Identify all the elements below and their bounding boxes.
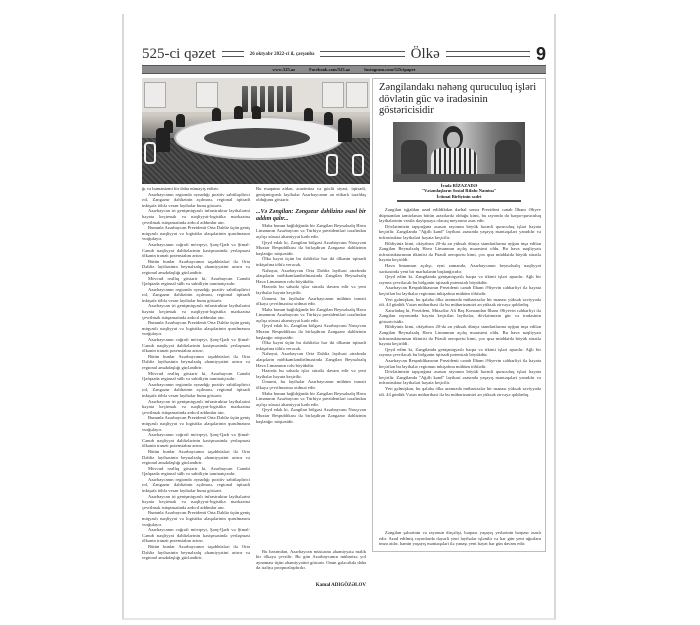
- paragraph: Ümumi, bu layihələr Azərbaycanın mühüm t…: [256, 296, 366, 307]
- contact-band: www.525.az Facebook.com/525.az Instagram…: [142, 65, 546, 74]
- paragraph: Azərbaycanın coğrafi mövqeyi, Şərq-Qərb …: [142, 527, 250, 544]
- paragraph: Azərbaycanın regionda oynadığı pozitiv s…: [142, 382, 250, 399]
- chair-icon: [326, 154, 338, 176]
- paragraph: Dövlətimizin tapşırığına əsasən rayonun …: [379, 369, 541, 386]
- caption-divider: [397, 200, 521, 202]
- paragraph: Nəhayət, Azərbaycan Orta Dəhliz layihəsi…: [256, 268, 366, 285]
- paragraph: Bütün bunlar Azərbaycanın təşəbbüsləri i…: [142, 259, 250, 276]
- paragraph: Qeyd edim ki, Zəngilanda genişmiqyaslı b…: [379, 274, 541, 285]
- paragraph: Bu məqama aidən, ərazimizə və güclü siya…: [256, 186, 366, 203]
- paragraph: Azərbaycanın coğrafi mövqeyi, Şərq-Qərb …: [142, 337, 250, 354]
- masthead: 525-ci qəzet 26 oktyabr 2022-ci il, çərş…: [142, 44, 546, 64]
- paragraph: Bildiyiniz kimi, oktyabrın 20-də ən yüks…: [379, 324, 541, 346]
- person-face: [447, 132, 460, 148]
- person-icon: [304, 108, 313, 121]
- paragraph: Bütün bunlar Azərbaycanın təşəbbüsləri i…: [142, 354, 250, 371]
- photo-window: [346, 82, 368, 108]
- paragraph: Hazırda bu sahədə işlər sürətlə davam ed…: [256, 368, 366, 379]
- article-column-2: Bu məqama aidən, ərazimizə və güclü siya…: [256, 186, 366, 571]
- person-icon: [252, 106, 261, 119]
- paragraph: Bununla Azərbaycan Prezidenti Orta Dəhli…: [142, 510, 250, 527]
- paragraph: Bununla Azərbaycan Prezidenti Orta Dəhli…: [142, 415, 250, 432]
- desk: [393, 174, 525, 182]
- paragraph: Zəngilan şəhərinin və rayonun dirçəlişi,…: [379, 530, 541, 547]
- article-column-1: ğı və humanizmi bir daha nümayiş etdirir…: [142, 186, 250, 581]
- round-table-meeting-photo: [142, 78, 370, 184]
- paragraph: Qeyd edim ki, Zəngilanda genişmiqyaslı b…: [379, 347, 541, 358]
- feature-article-box: Zəngilandakı nəhəng quruculuq işləri döv…: [372, 78, 546, 552]
- masthead-rule: [222, 51, 244, 57]
- paragraph: Azərbaycan iri genişmiqyaslı infrastrukt…: [142, 208, 250, 225]
- person-icon: [212, 108, 221, 121]
- photo-window: [322, 82, 344, 108]
- portrait-photo: [393, 122, 525, 182]
- masthead-rule: [320, 51, 404, 57]
- feature-headline: Zəngilandakı nəhəng quruculuq işləri döv…: [379, 82, 543, 117]
- paragraph: Mövcud reallıq göstərir ki, Azərbaycan C…: [142, 466, 250, 477]
- paragraph: Bütün bunlar Azərbaycanın təşəbbüsləri i…: [142, 449, 250, 466]
- paragraph: Azərbaycan Respublikasının Prezidenti cə…: [379, 285, 541, 296]
- paragraph: Bununla Azərbaycan Prezidenti Orta Dəhli…: [142, 320, 250, 337]
- paragraph: Azərbaycanın regionda oynadığı pozitiv s…: [142, 477, 250, 494]
- article-byline: Kamal ADIGÖZƏLOV: [300, 583, 366, 588]
- paragraph: Azərbaycan iri genişmiqyaslı infrastrukt…: [142, 494, 250, 511]
- paragraph: Bütün bunlar Azərbaycanın təşəbbüsləri i…: [142, 544, 250, 561]
- person-icon: [234, 106, 243, 119]
- person-icon: [338, 118, 352, 142]
- paragraph: Azərbaycan Respublikasının Prezidenti cə…: [379, 358, 541, 369]
- page-number: 9: [536, 44, 546, 65]
- paragraph: Ölkə həyat üçün bu dəhlizlər hər iki ölk…: [256, 340, 366, 351]
- paragraph: Azərbaycan iri genişmiqyaslı infrastrukt…: [142, 303, 250, 320]
- paragraph: Məhz bunun bağlılığında bir Zəngilan Bey…: [256, 391, 366, 408]
- paragraph: Hava limanının açılışı, eyni zamanda, Az…: [379, 263, 541, 274]
- photo-window: [144, 82, 166, 108]
- person-icon: [156, 128, 170, 152]
- person-icon: [176, 114, 185, 127]
- paper-name: 525-ci qəzet: [142, 46, 216, 63]
- feature-article-body: Zəngilan işğaldan azad edildikdən dərhal…: [379, 207, 541, 547]
- paragraph: Qeyd edək ki, Zəngilan bölgəsi Azərbayca…: [256, 323, 366, 340]
- paragraph: Mövcud reallıq göstərir ki, Azərbaycan C…: [142, 276, 250, 287]
- article-subheading: ...Və Zəngilan: Zəngəzur dəhlizinə əsasl…: [256, 209, 366, 223]
- portrait-caption: İradə RİZAZADƏ "Vətəndaşların Sosial Rif…: [383, 183, 535, 199]
- paragraph: Bununla Azərbaycan Prezidenti Orta Dəhli…: [142, 225, 250, 242]
- paragraph: Hazırda bu sahədə işlər sürətlə davam ed…: [256, 284, 366, 295]
- paragraph: Ölkə həyat üçün bu dəhlizlər hər iki ölk…: [256, 256, 366, 267]
- flags-icon: [242, 86, 292, 112]
- paragraph: Yeri gəlmişkən, bu qələbə ölkə aramızda …: [379, 386, 541, 397]
- paragraph: Xatırladaq ki, Prezident, Müzəffər Ali B…: [379, 308, 541, 325]
- paragraph: Məhz bunun bağlılığında bir Zəngilan Bey…: [256, 307, 366, 324]
- chair-icon: [352, 154, 364, 176]
- paragraph: Qeyd edək ki, Zəngilan bölgəsi Azərbayca…: [256, 407, 366, 424]
- chair-icon: [144, 142, 156, 164]
- paragraph: Ümumi, bu layihələr Azərbaycanın mühüm t…: [256, 379, 366, 390]
- paragraph: Azərbaycanın regionda oynadığı pozitiv s…: [142, 192, 250, 209]
- facebook-link: Facebook.com/525.az: [309, 67, 350, 72]
- paragraph: Dövlətimizin tapşırığına əsasən rayonun …: [379, 224, 541, 241]
- paragraph: Azərbaycanın coğrafi mövqeyi, Şərq-Qərb …: [142, 432, 250, 449]
- paragraph: Zəngilan işğaldan azad edildikdən dərhal…: [379, 207, 541, 224]
- paragraph: Yeri gəlmişkən, bu qələbə ölkə aramızda …: [379, 297, 541, 308]
- paragraph: Azərbaycan iri genişmiqyaslı infrastrukt…: [142, 399, 250, 416]
- person-icon: [324, 112, 333, 125]
- paragraph: Azərbaycanın coğrafi mövqeyi, Şərq-Qərb …: [142, 242, 250, 259]
- issue-date: 26 oktyabr 2022-ci il, çərşənbə: [250, 52, 315, 57]
- paragraph: Azərbaycanın regionda oynadığı pozitiv s…: [142, 287, 250, 304]
- paragraph: Bu baxımdan, Azərbaycan müstəsna əhəmiyy…: [256, 549, 366, 571]
- section-name: Ölkə: [411, 46, 440, 63]
- table-center: [204, 128, 310, 148]
- instagram-link: Instagram.com/525cipaper: [364, 67, 416, 72]
- paragraph: Nəhayət, Azərbaycan Orta Dəhliz layihəsi…: [256, 351, 366, 368]
- photo-window: [196, 82, 218, 108]
- website-link: www.525.az: [272, 67, 295, 72]
- paragraph: Qeyd edək ki, Zəngilan bölgəsi Azərbayca…: [256, 240, 366, 257]
- caption-role: İctimai Birliyinin sədri: [383, 194, 535, 199]
- paragraph: Məhz bunun bağlılığında bir Zəngilan Bey…: [256, 223, 366, 240]
- paragraph: Bildiyiniz kimi, oktyabrın 20-də ən yüks…: [379, 241, 541, 263]
- masthead-rule: [446, 51, 530, 57]
- paragraph: Mövcud reallıq göstərir ki, Azərbaycan C…: [142, 371, 250, 382]
